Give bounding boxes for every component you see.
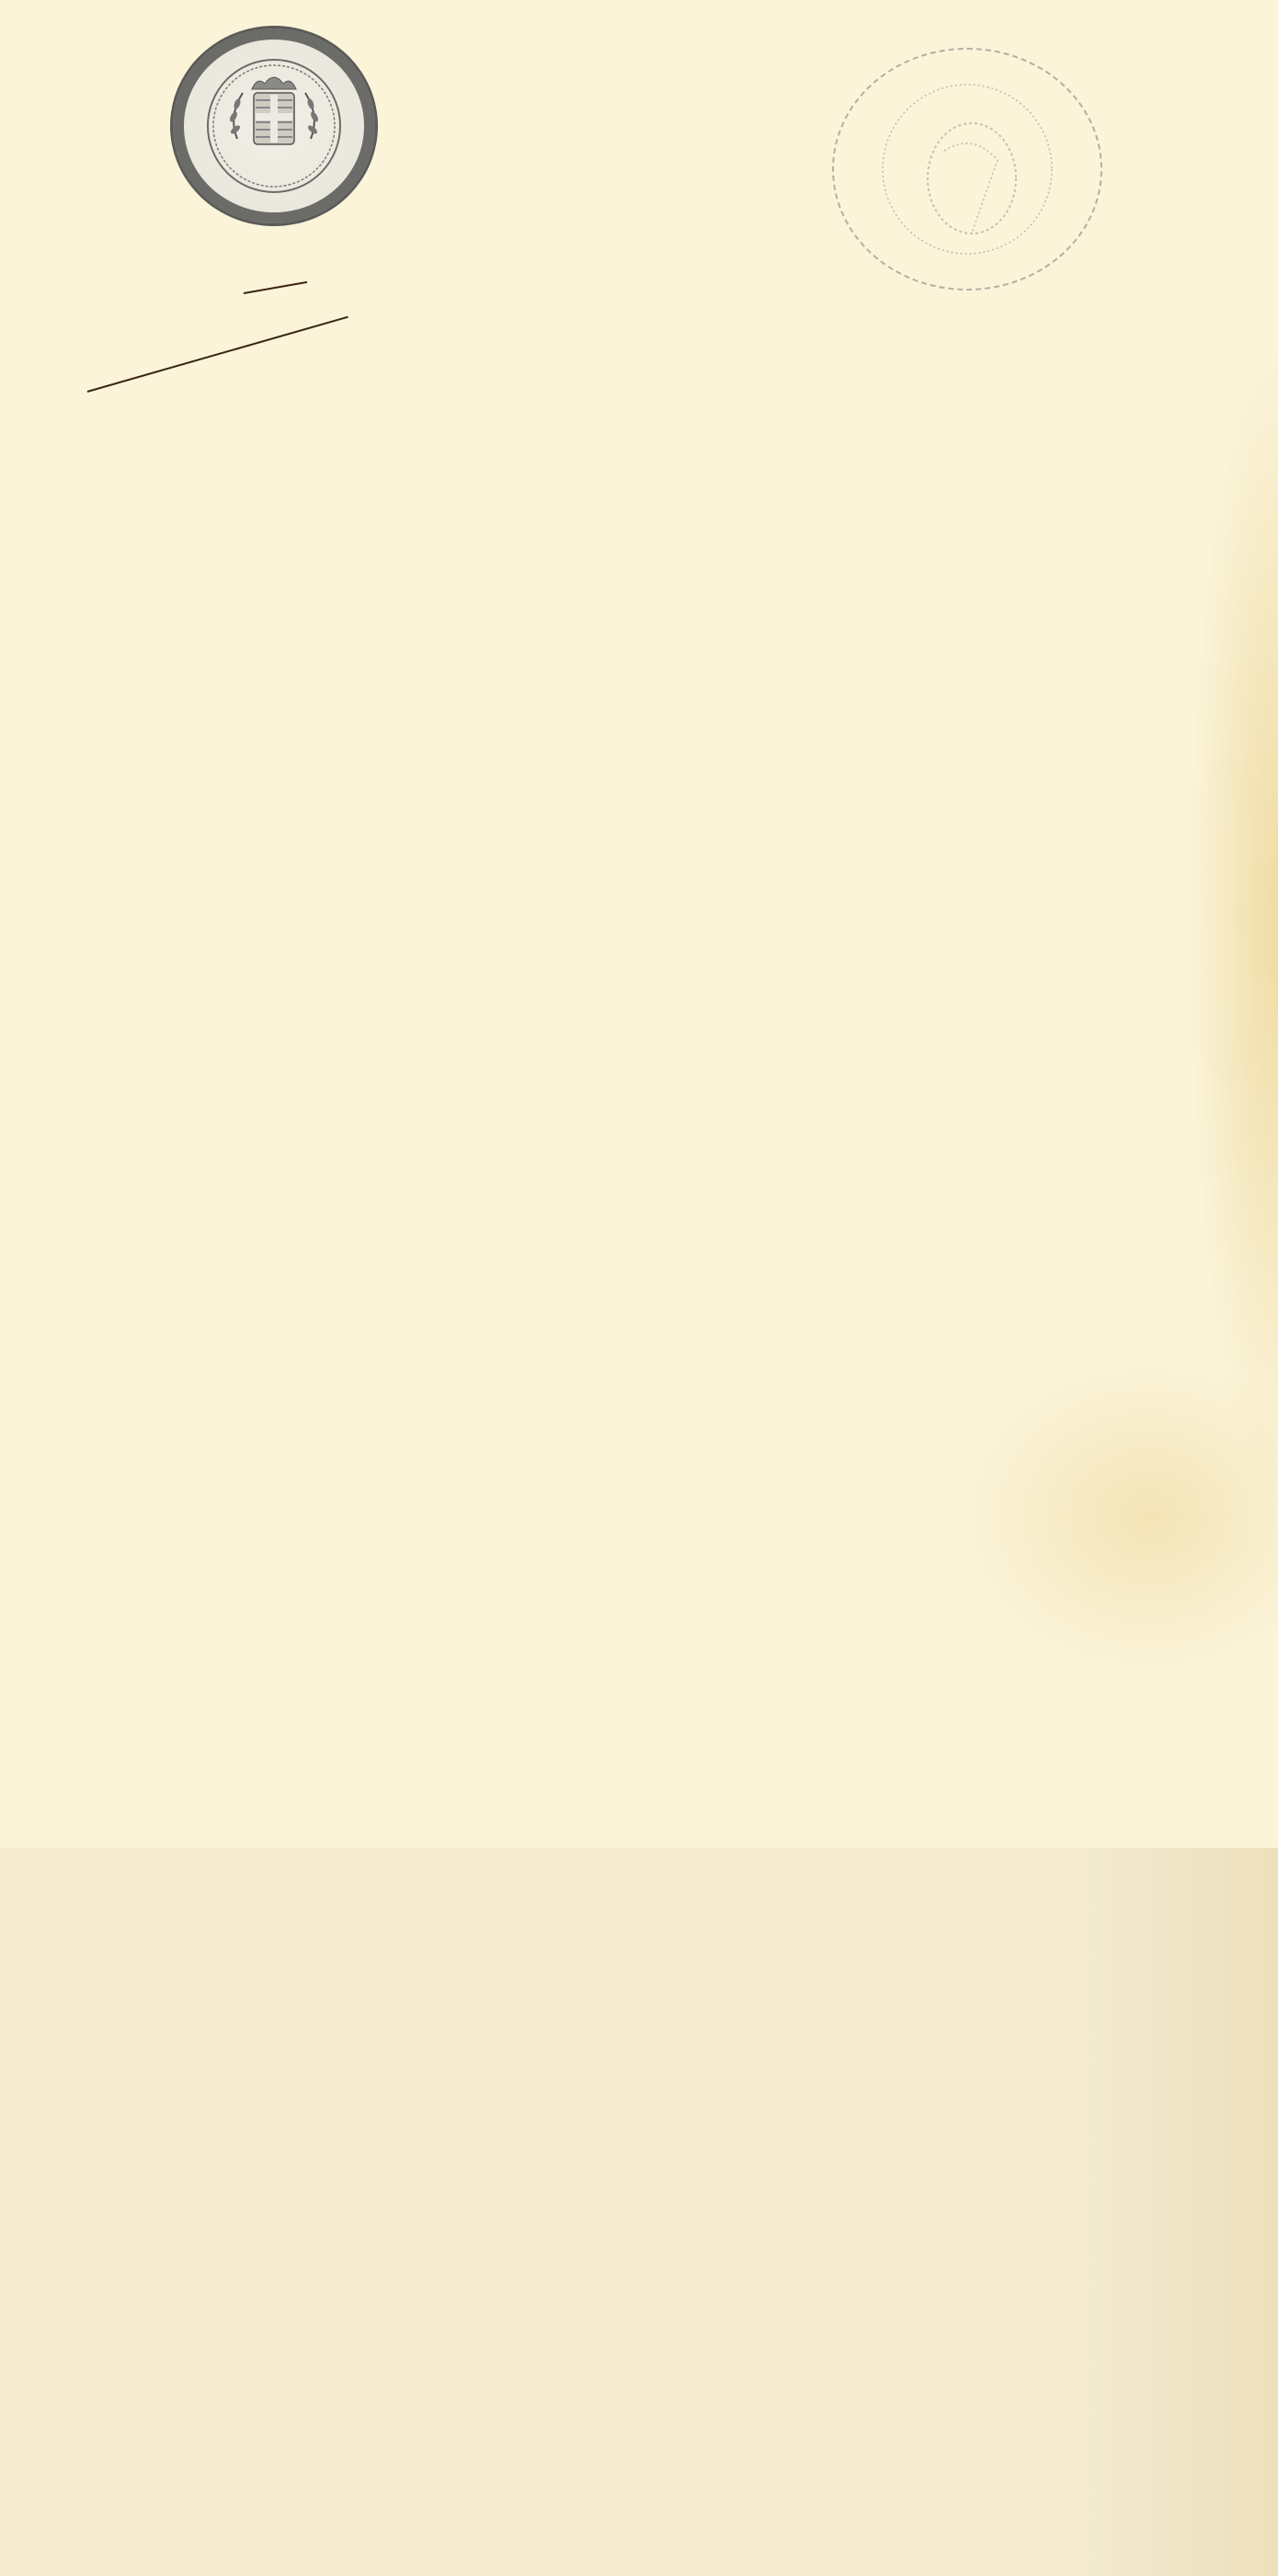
document-sheet-2 bbox=[0, 1848, 1278, 2576]
library-stamp bbox=[832, 48, 1102, 291]
library-portrait-icon bbox=[834, 50, 1101, 289]
revenue-stamp bbox=[170, 26, 378, 226]
coat-of-arms-icon bbox=[173, 28, 375, 223]
